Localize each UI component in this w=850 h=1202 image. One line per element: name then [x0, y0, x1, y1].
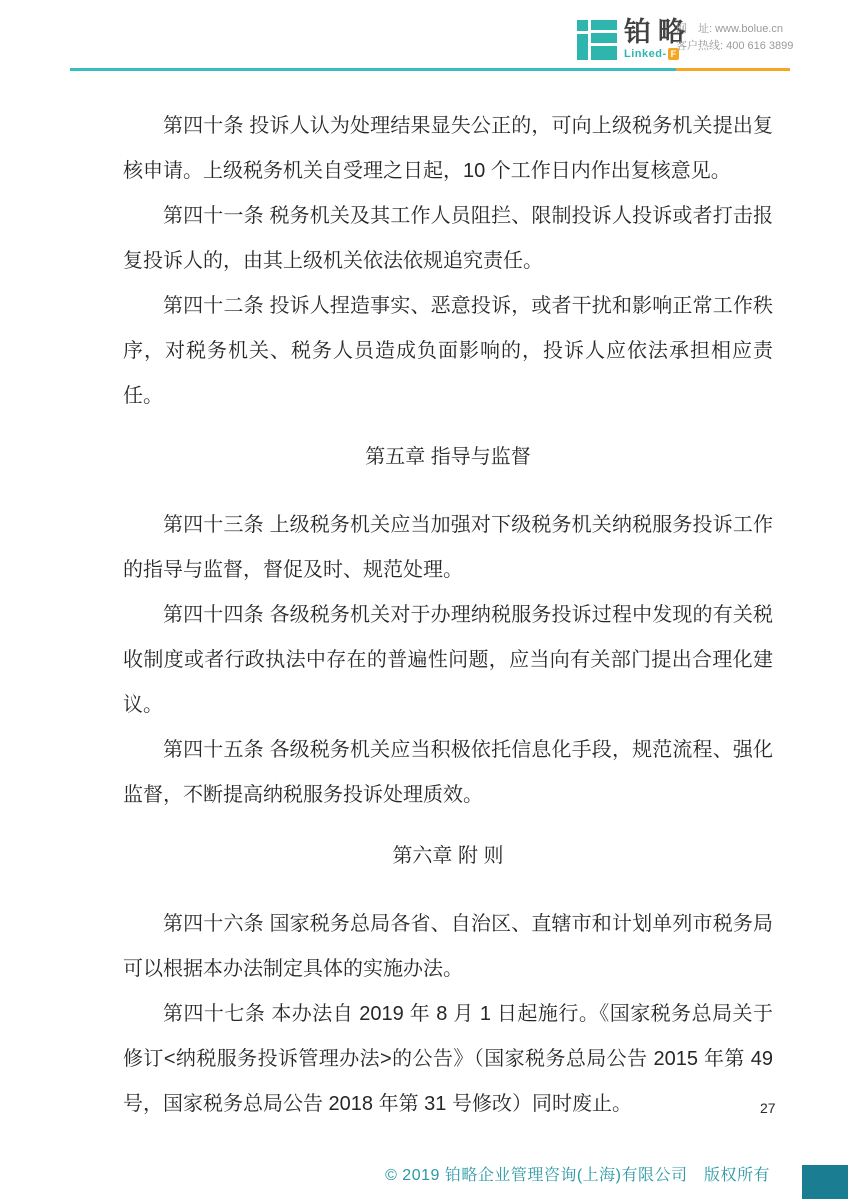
chapter-heading: 第五章 指导与监督 [123, 435, 773, 480]
header-contact-info: 网 址: www.bolue.cn 客户热线: 400 616 3899 [676, 21, 793, 55]
website-url: 网 址: www.bolue.cn [676, 21, 793, 38]
copyright-text: © 2019 铂略企业管理咨询(上海)有限公司 版权所有 [385, 1162, 770, 1185]
article-paragraph: 第四十五条 各级税务机关应当积极依托信息化手段，规范流程、强化监督，不断提高纳税… [123, 728, 773, 818]
chapter-heading: 第六章 附 则 [123, 834, 773, 879]
article-paragraph: 第四十二条 投诉人捏造事实、恶意投诉，或者干扰和影响正常工作秩序，对税务机关、税… [123, 284, 773, 419]
header-divider [70, 68, 790, 71]
logo-block [577, 34, 588, 60]
article-paragraph: 第四十七条 本办法自 2019 年 8 月 1 日起施行。《国家税务总局关于修订… [123, 992, 773, 1127]
article-paragraph: 第四十条 投诉人认为处理结果显失公正的，可向上级税务机关提出复核申请。上级税务机… [123, 104, 773, 194]
document-body: 第四十条 投诉人认为处理结果显失公正的，可向上级税务机关提出复核申请。上级税务机… [123, 104, 773, 1127]
footer-corner-square [802, 1165, 848, 1199]
logo-block [577, 20, 588, 31]
logo-block [591, 20, 617, 30]
article-paragraph: 第四十三条 上级税务机关应当加强对下级税务机关纳税服务投诉工作的指导与监督，督促… [123, 503, 773, 593]
document-page: 铂略 Linked- F 网 址: www.bolue.cn 客户热线: 400… [0, 0, 850, 1202]
hotline-number: 客户热线: 400 616 3899 [676, 38, 793, 55]
logo-block [591, 46, 617, 60]
article-paragraph: 第四十六条 国家税务总局各省、自治区、直辖市和计划单列市税务局可以根据本办法制定… [123, 902, 773, 992]
header: 铂略 Linked- F 网 址: www.bolue.cn 客户热线: 400… [0, 0, 850, 72]
bolue-logo-icon [575, 17, 618, 61]
divider-orange-segment [676, 68, 790, 71]
logo-block [591, 33, 617, 43]
page-number: 27 [760, 1100, 776, 1116]
divider-teal-segment [70, 68, 676, 71]
logo-name-en-text: Linked- [624, 48, 667, 60]
article-paragraph: 第四十一条 税务机关及其工作人员阻拦、限制投诉人投诉或者打击报复投诉人的，由其上… [123, 194, 773, 284]
company-logo: 铂略 Linked- F [575, 17, 692, 61]
article-paragraph: 第四十四条 各级税务机关对于办理纳税服务投诉过程中发现的有关税收制度或者行政执法… [123, 593, 773, 728]
